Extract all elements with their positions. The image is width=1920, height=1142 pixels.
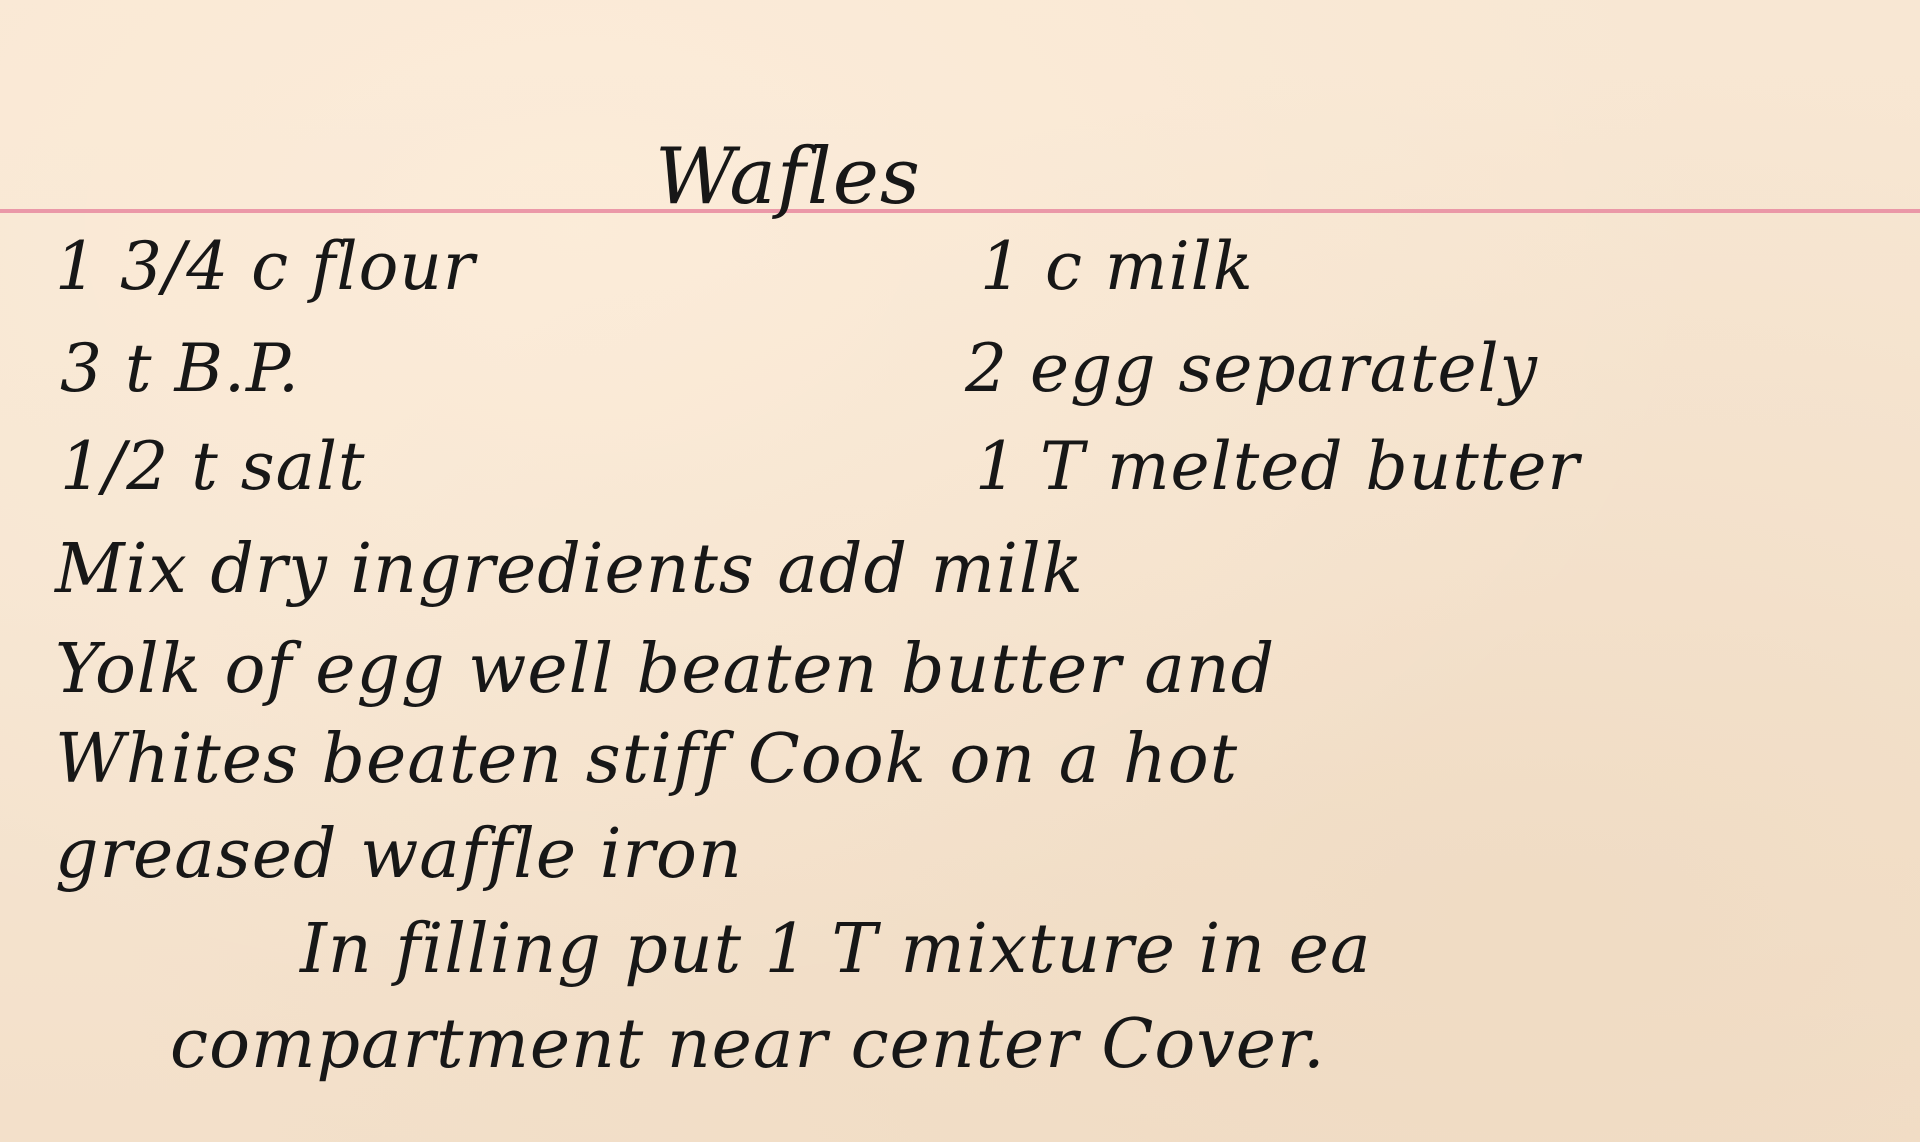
red-rule-line [0, 209, 1920, 213]
recipe-title: Wafles [655, 132, 921, 222]
recipe-card: Wafles 1 3/4 c flour 3 t B.P. 1/2 t salt… [0, 0, 1920, 1142]
ingredient-flour: 1 3/4 c flour [55, 228, 475, 305]
ingredient-eggs: 2 egg separately [965, 330, 1538, 407]
ingredient-salt: 1/2 t salt [60, 428, 366, 505]
direction-line: In filling put 1 T mixture in ea [300, 910, 1372, 989]
ingredient-butter: 1 T melted butter [975, 428, 1580, 505]
direction-line: Yolk of egg well beaten butter and [55, 630, 1275, 709]
direction-line: Whites beaten stiff Cook on a hot [55, 720, 1238, 799]
direction-line: compartment near center Cover. [170, 1005, 1326, 1084]
direction-line: greased waffle iron [55, 815, 743, 894]
ingredient-milk: 1 c milk [980, 228, 1254, 305]
ingredient-baking-powder: 3 t B.P. [60, 330, 300, 407]
direction-line: Mix dry ingredients add milk [55, 530, 1084, 609]
